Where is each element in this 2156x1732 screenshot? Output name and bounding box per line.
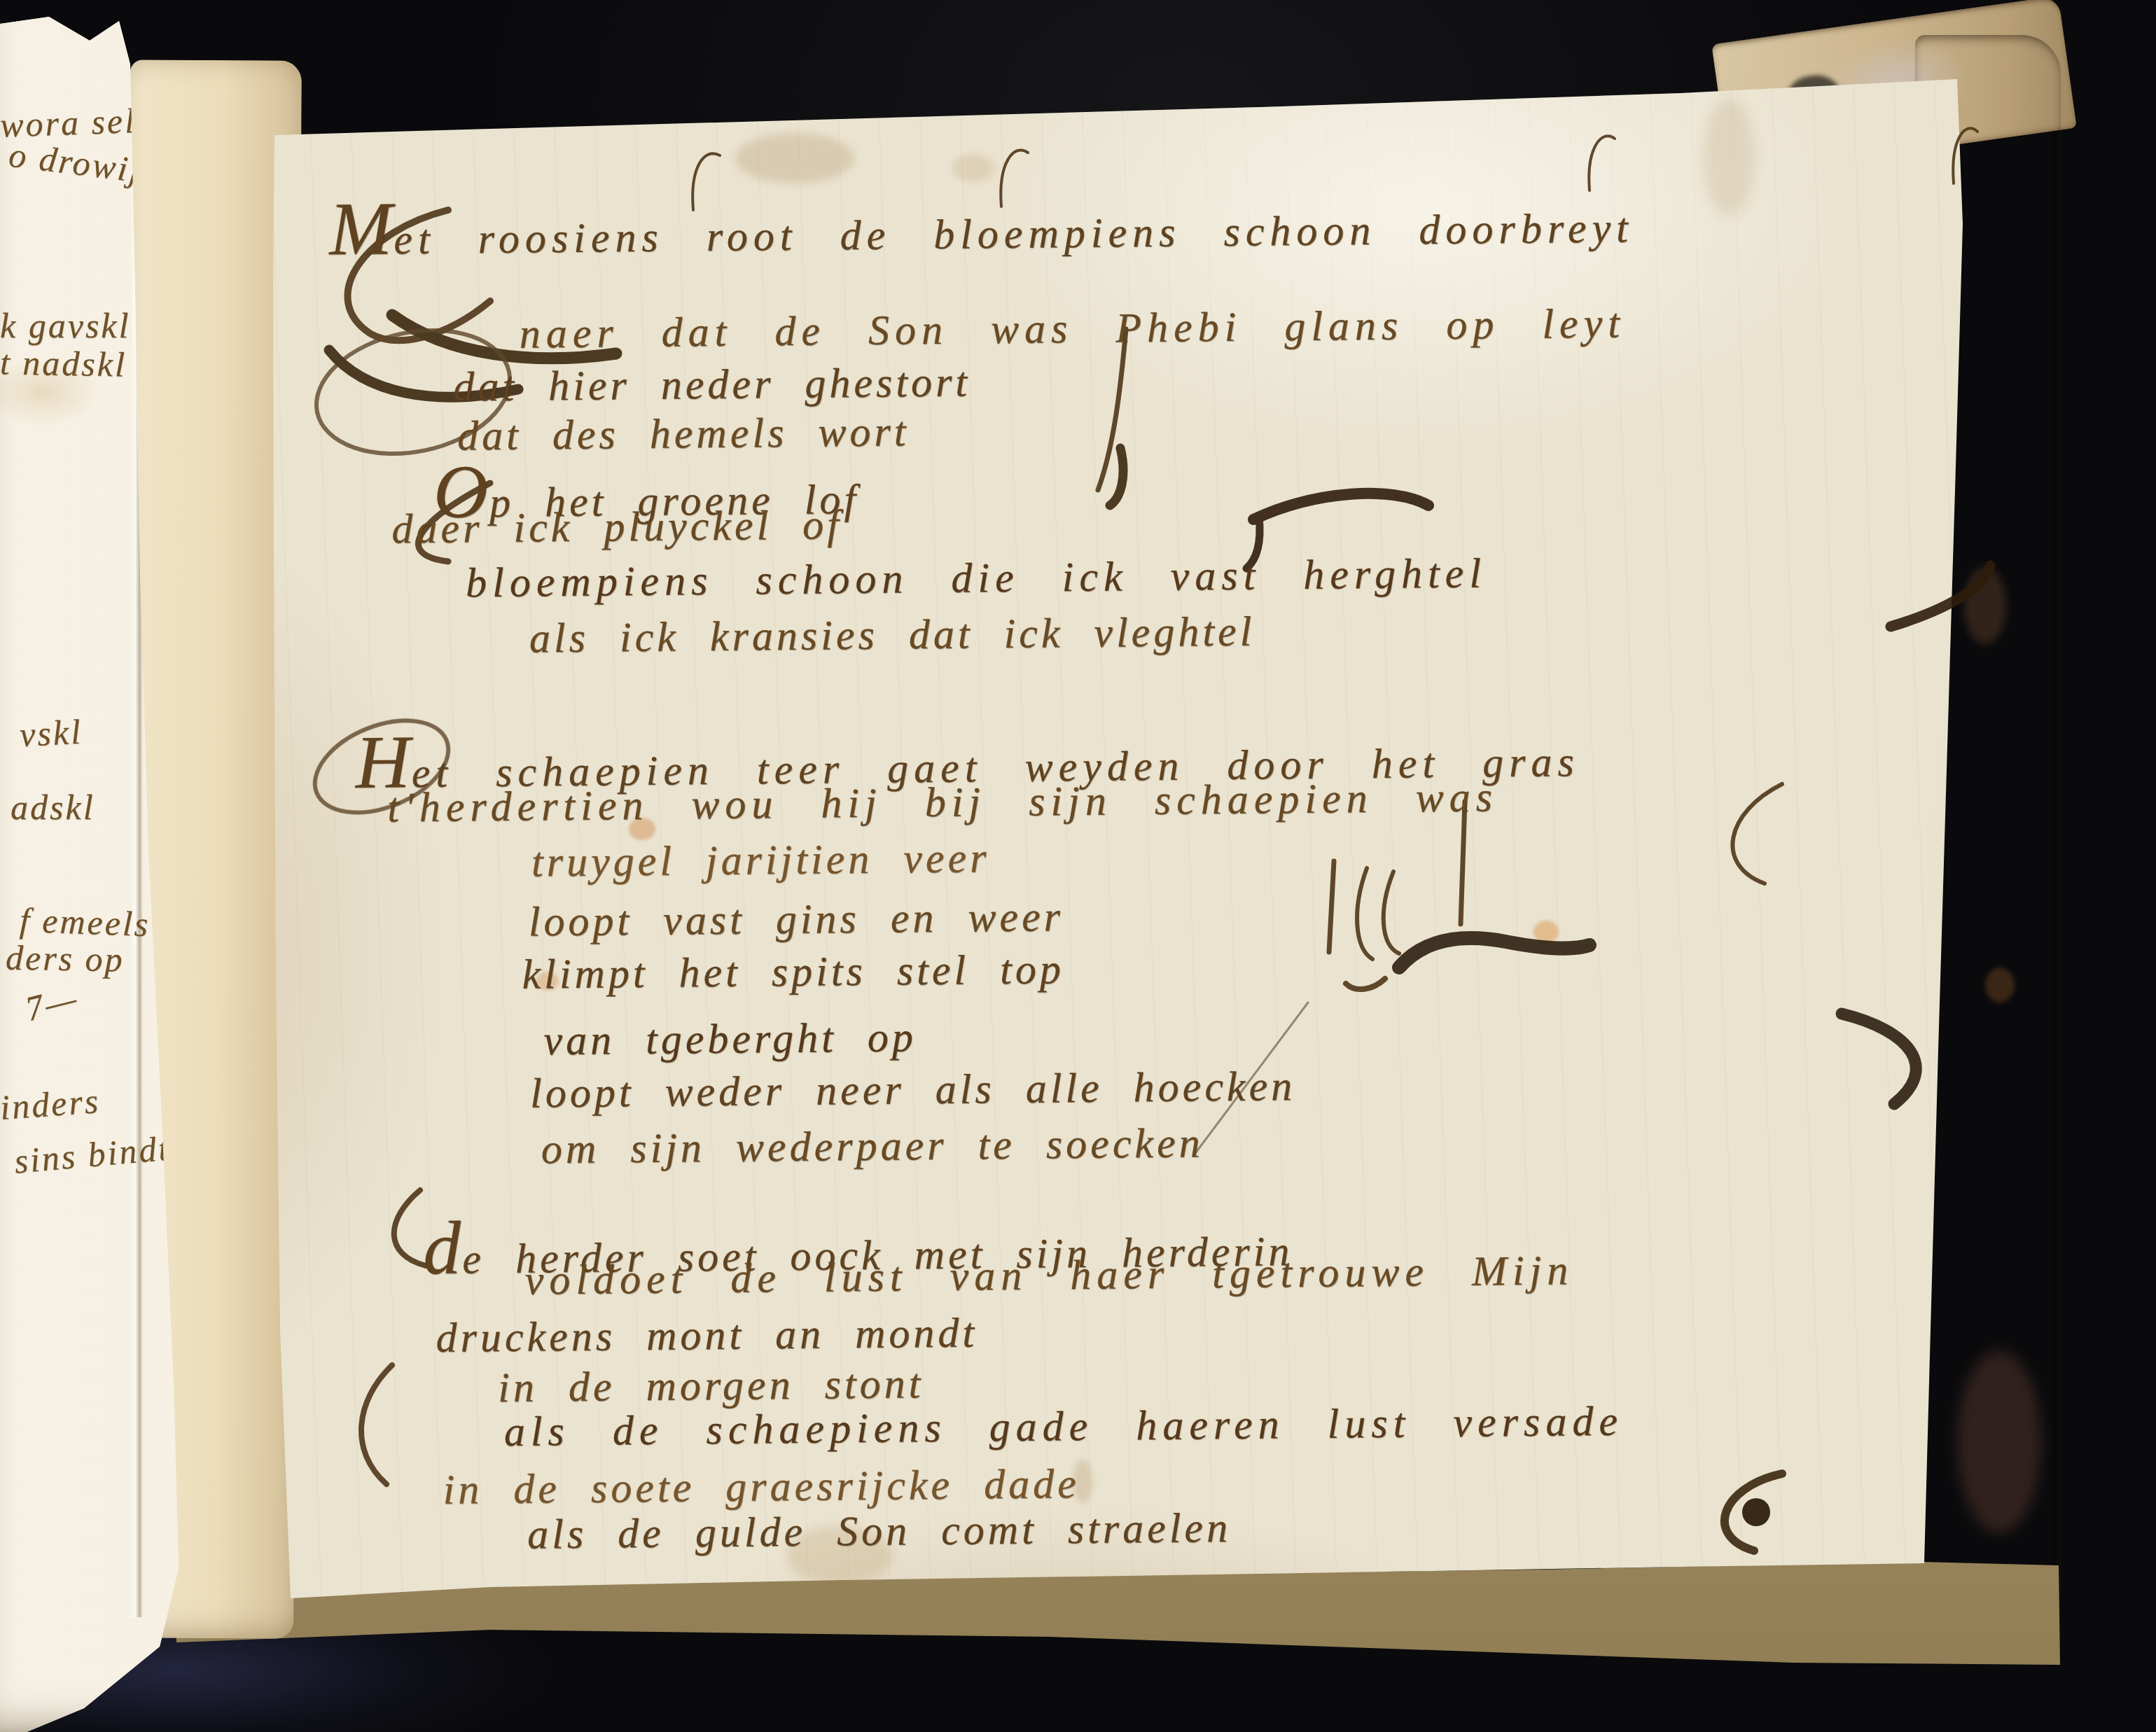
handwritten-fragment: sins bindt <box>13 1130 172 1178</box>
handwritten-line: om sijn wederpaer te soecken <box>541 1119 1204 1172</box>
handwritten-line: t'herdertien wou hij bij sijn schaepien … <box>387 774 1498 830</box>
handwritten-line: in de soete graesrijcke dade <box>443 1460 1080 1513</box>
handwritten-line: als de schaepiens gade haeren lust versa… <box>503 1398 1623 1455</box>
handwritten-line: voldoet de lust van haer tgetrouwe Mijn <box>524 1247 1573 1303</box>
handwritten-fragment: t nadskl <box>0 344 127 382</box>
photo-backdrop: Met roosiens root de bloempiens schoon d… <box>0 0 2156 1732</box>
handwritten-line: bloempiens schoon die ick vast herghtel <box>466 550 1487 606</box>
handwritten-fragment: inders <box>0 1083 102 1125</box>
handwritten-fragment: adskl <box>11 790 95 825</box>
handwritten-line: loopt weder neer als alle hoecken <box>530 1063 1296 1116</box>
handwritten-line: truygel jarijtien veer <box>531 834 990 885</box>
handwritten-line: daer ick pluyckel of <box>391 501 842 552</box>
handwritten-fragment: 7— <box>22 980 81 1027</box>
handwritten-line: in de morgen stont <box>498 1360 924 1411</box>
handwritten-line: loopt vast gins en weer <box>528 893 1064 944</box>
handwritten-line: naer dat de Son was Phebi glans op leyt <box>519 300 1625 356</box>
handwritten-fragment: vskl <box>19 714 83 753</box>
handwritten-line: druckens mont an mondt <box>436 1309 978 1360</box>
handwritten-line: dat hier neder ghestort <box>453 358 971 410</box>
handwritten-fragment: ders op <box>6 940 125 977</box>
handwriting-text-layer: Met roosiens root de bloempiens schoon d… <box>0 0 2156 1732</box>
handwritten-fragment: k gavskl <box>0 308 130 343</box>
handwritten-line: klimpt het spits stel top <box>522 946 1064 997</box>
handwritten-line: van tgeberght op <box>543 1014 917 1063</box>
handwritten-fragment: f emeels <box>19 902 151 942</box>
handwritten-line: Met roosiens root de bloempiens schoon d… <box>329 176 1634 272</box>
handwritten-line: als ick kransies dat ick vleghtel <box>529 608 1256 662</box>
handwritten-line: als de gulde Son comt straelen <box>527 1504 1231 1558</box>
